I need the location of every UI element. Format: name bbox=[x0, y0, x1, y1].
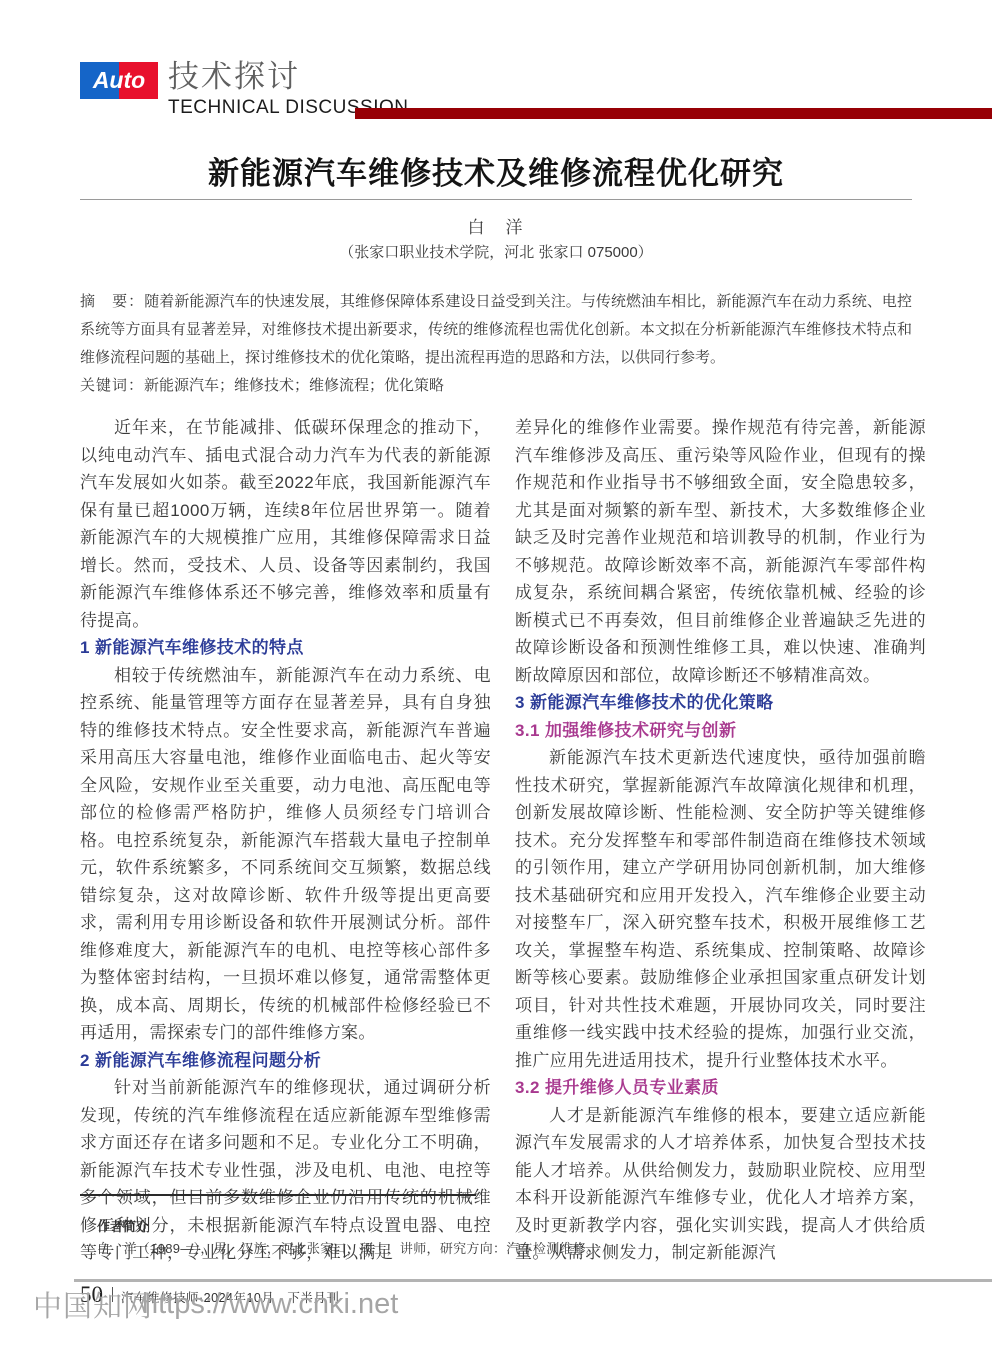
accent-bar bbox=[355, 108, 992, 119]
body-paragraph: 近年来，在节能减排、低碳环保理念的推动下，以纯电动汽车、插电式混合动力汽车为代表… bbox=[80, 414, 491, 634]
title-divider bbox=[80, 199, 912, 200]
cnki-watermark-name: 中国知网 bbox=[33, 1284, 153, 1325]
section-heading: 2 新能源汽车维修流程问题分析 bbox=[80, 1047, 491, 1075]
auto-logo-icon: Auto bbox=[80, 62, 158, 99]
body-column-right: 差异化的维修作业需要。操作规范有待完善，新能源汽车维修涉及高压、重污染等风险作业… bbox=[515, 414, 926, 1267]
section-title-cn: 技术探讨 bbox=[168, 60, 409, 94]
abstract-text: 随着新能源汽车的快速发展，其维修保障体系建设日益受到关注。与传统燃油车相比，新能… bbox=[80, 293, 912, 366]
section-heading: 3 新能源汽车维修技术的优化策略 bbox=[515, 689, 926, 717]
keywords-text: 新能源汽车；维修技术；维修流程；优化策略 bbox=[144, 377, 444, 394]
section-heading: 1 新能源汽车维修技术的特点 bbox=[80, 634, 491, 662]
abstract-block: 摘 要：随着新能源汽车的快速发展，其维修保障体系建设日益受到关注。与传统燃油车相… bbox=[80, 288, 912, 400]
journal-page: Auto 技术探讨 TECHNICAL DISCUSSION 新能源汽车维修技术… bbox=[0, 0, 992, 1346]
body-paragraph: 相较于传统燃油车，新能源汽车在动力系统、电控系统、能量管理等方面存在显著差异，具… bbox=[80, 662, 491, 1047]
auto-logo-text: Auto bbox=[93, 67, 145, 94]
author-affiliation: （张家口职业技术学院，河北 张家口 075000） bbox=[0, 241, 992, 262]
body-paragraph: 新能源汽车技术更新迭代速度快，亟待加强前瞻性技术研究，掌握新能源汽车故障演化规律… bbox=[515, 744, 926, 1074]
abstract-paragraph: 摘 要：随着新能源汽车的快速发展，其维修保障体系建设日益受到关注。与传统燃油车相… bbox=[80, 288, 912, 372]
section-heading: 3.2 提升维修人员专业素质 bbox=[515, 1074, 926, 1102]
body-paragraph: 差异化的维修作业需要。操作规范有待完善，新能源汽车维修涉及高压、重污染等风险作业… bbox=[515, 414, 926, 689]
abstract-label: 摘 要： bbox=[80, 293, 144, 310]
article-title: 新能源汽车维修技术及维修流程优化研究 bbox=[0, 148, 992, 193]
author-bio-label: 作者简介 bbox=[97, 1216, 149, 1235]
footnote-divider bbox=[80, 1194, 476, 1196]
cnki-watermark-url: https://www.cnki.net bbox=[142, 1288, 398, 1321]
footer-divider bbox=[74, 1279, 992, 1282]
body-column-left: 近年来，在节能减排、低碳环保理念的推动下，以纯电动汽车、插电式混合动力汽车为代表… bbox=[80, 414, 491, 1267]
section-heading: 3.1 加强维修技术研究与创新 bbox=[515, 717, 926, 745]
keywords-label: 关键词： bbox=[80, 377, 144, 394]
author-bio-text: 白 洋（1989—），男，汉族，河北张家口，硕士，讲师，研究方向：汽车检测维修。 bbox=[97, 1238, 599, 1257]
author-name: 白 洋 bbox=[0, 213, 992, 238]
keywords-paragraph: 关键词：新能源汽车；维修技术；维修流程；优化策略 bbox=[80, 372, 912, 400]
